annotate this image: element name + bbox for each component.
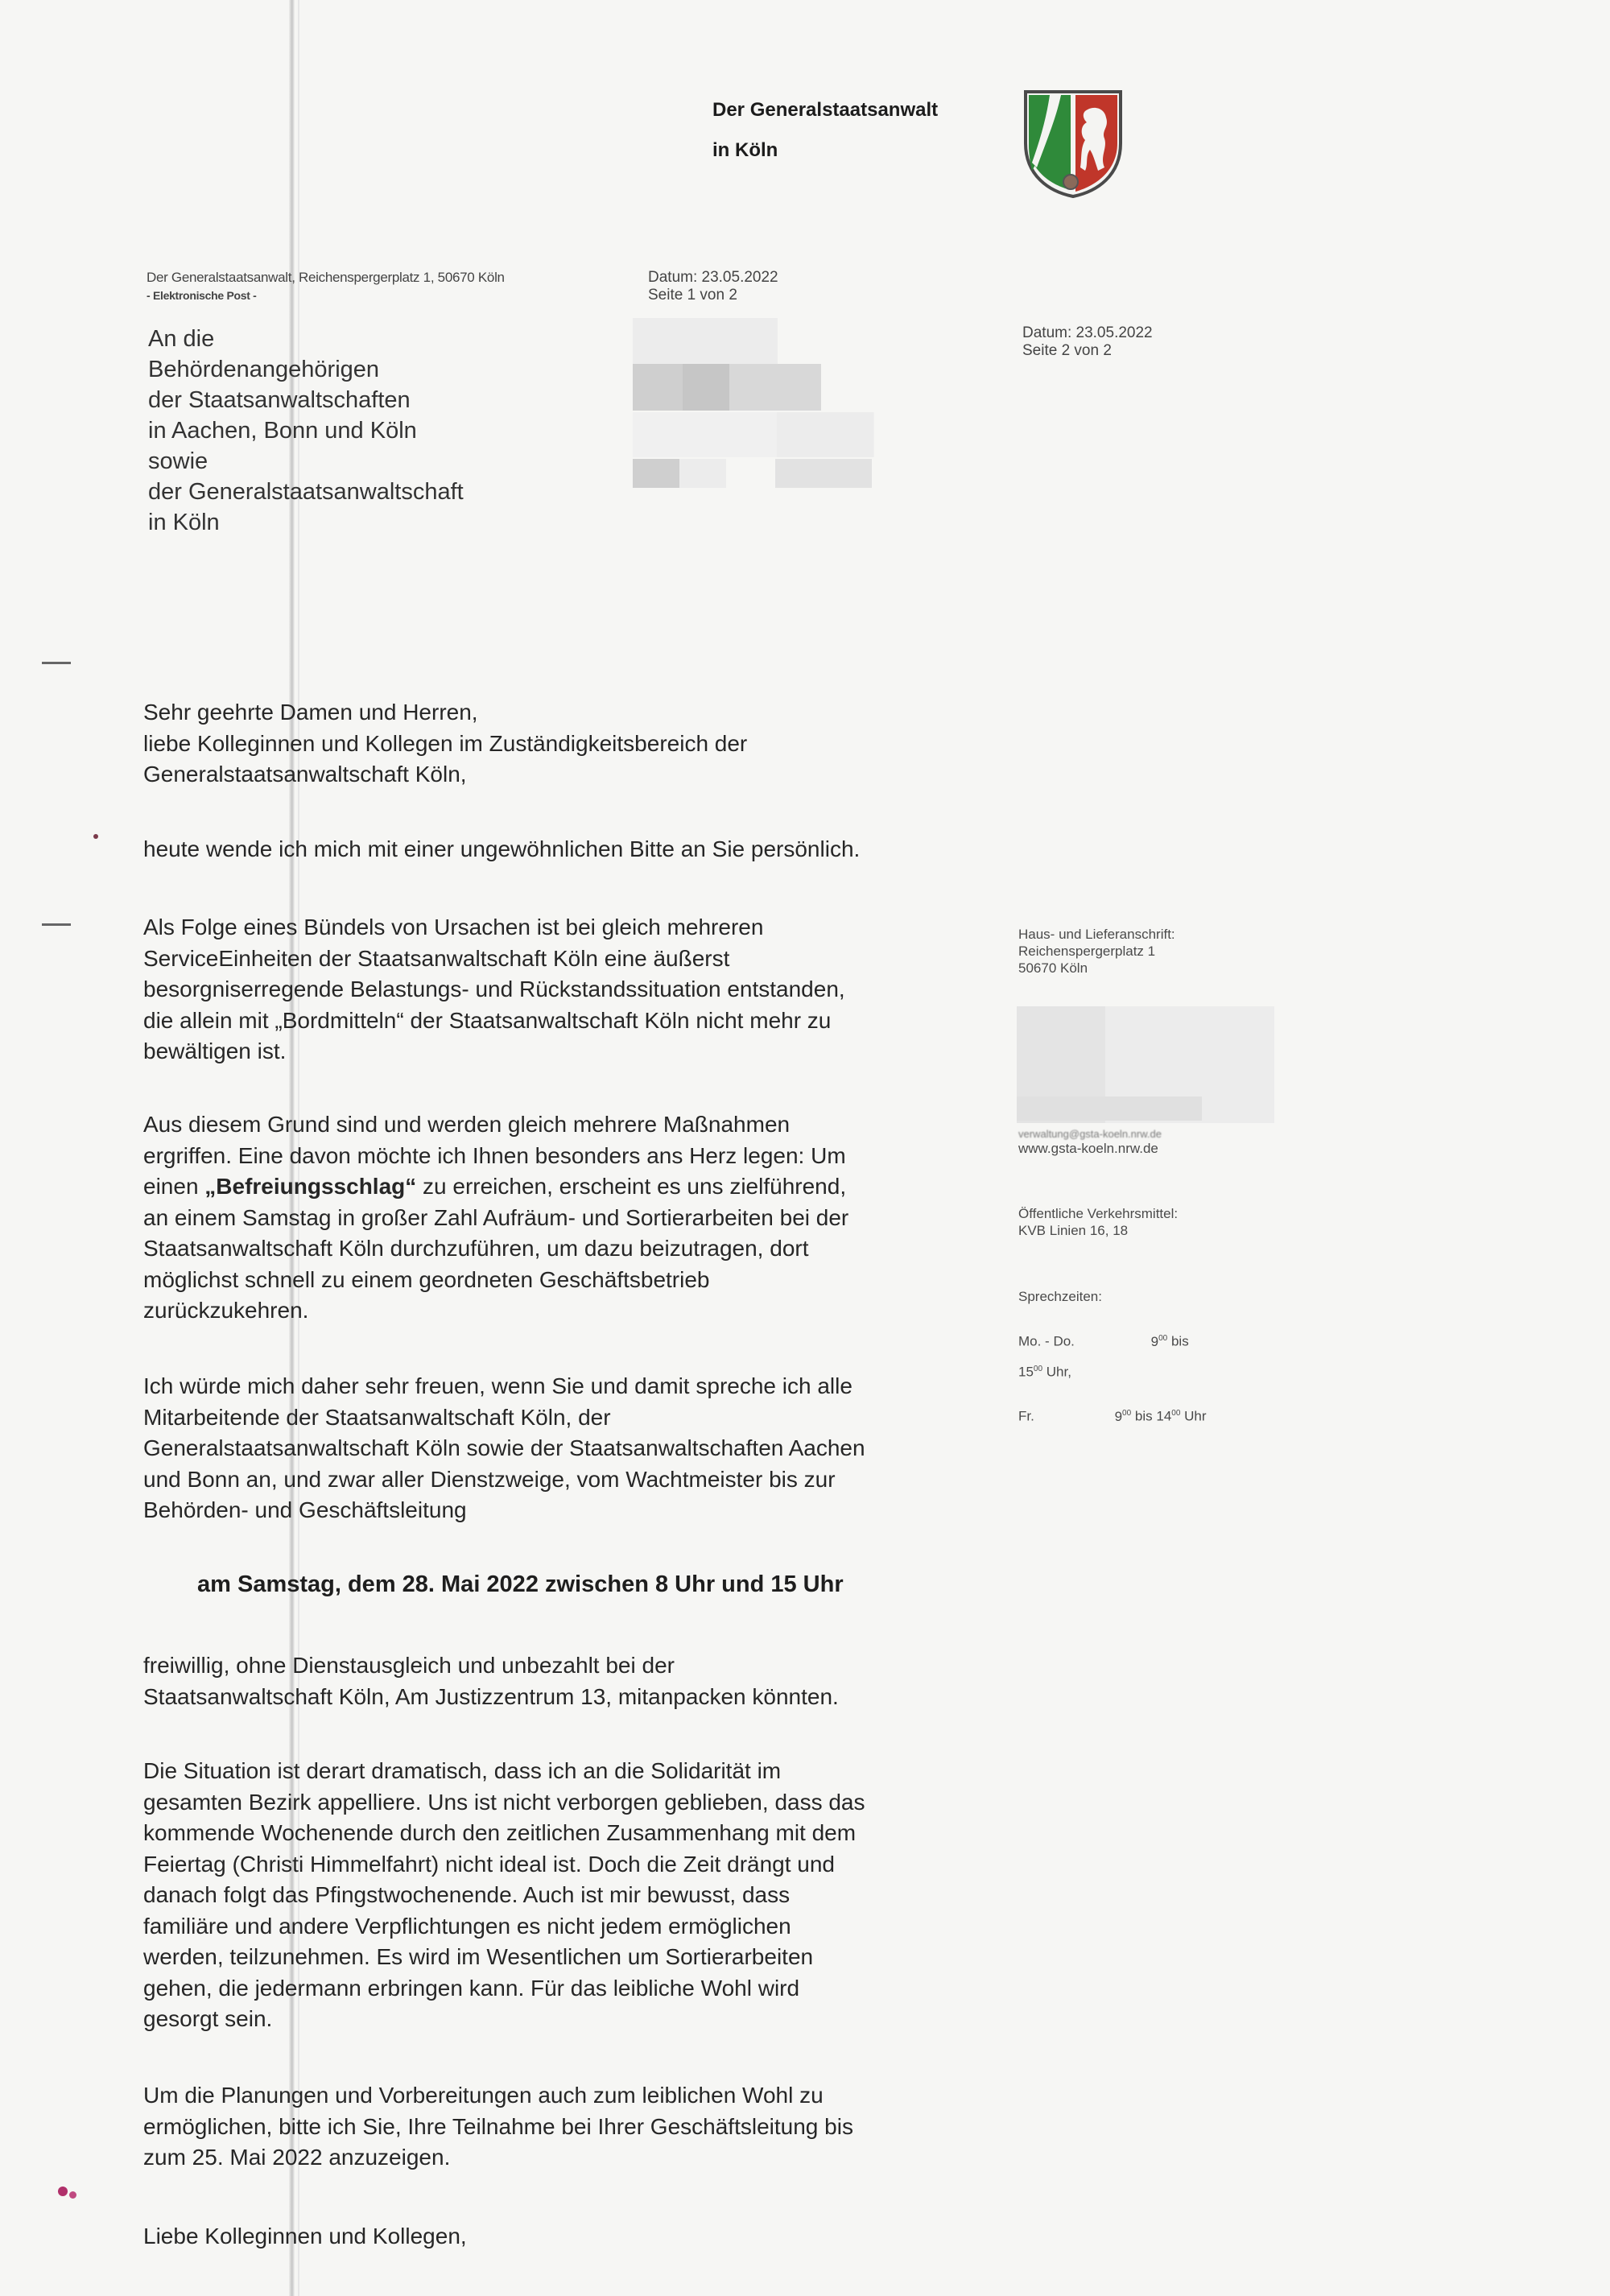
text-span: einen	[143, 1174, 204, 1199]
paragraph-line: gesamten Bezirk appelliere. Uns ist nich…	[143, 1787, 1013, 1819]
hours-to-minutes: 00	[1034, 1365, 1042, 1373]
redaction-tile	[683, 364, 729, 411]
punch-mark	[42, 923, 71, 926]
recipient-line: sowie	[148, 446, 464, 477]
redaction-tile	[633, 364, 683, 411]
paragraph-1: Als Folge eines Bündels von Ursachen ist…	[143, 912, 1013, 1067]
paragraph-3: Ich würde mich daher sehr freuen, wenn S…	[143, 1371, 1013, 1526]
page1-date: Datum: 23.05.2022	[648, 269, 778, 287]
ink-stain	[58, 2187, 68, 2196]
hours-to: 15	[1018, 1365, 1034, 1380]
address-city: 50670 Köln	[1018, 960, 1175, 977]
hours-fr: Fr. 900 bis 1400 Uhr	[1018, 1405, 1207, 1425]
hours-day: Mo. - Do.	[1018, 1334, 1075, 1349]
paragraph-line: besorgniserregende Belastungs- und Rücks…	[143, 974, 1013, 1006]
intro-line: heute wende ich mich mit einer ungewöhnl…	[143, 834, 1013, 865]
paragraph-6: Um die Planungen und Vorbereitungen auch…	[143, 2080, 1013, 2174]
recipient-line: in Köln	[148, 507, 464, 538]
paragraph-line: möglichst schnell zu einem geordneten Ge…	[143, 1265, 1013, 1296]
paragraph-line: freiwillig, ohne Dienstausgleich und unb…	[143, 1650, 1013, 1682]
redacted-phone-block	[1017, 1096, 1202, 1121]
paragraph-line: Die Situation ist derart dramatisch, das…	[143, 1756, 1013, 1787]
hours-bis: bis	[1171, 1334, 1189, 1349]
return-address: Der Generalstaatsanwalt, Reichenspergerp…	[147, 269, 505, 304]
paragraph-line: ergriffen. Eine davon möchte ich Ihnen b…	[143, 1141, 1013, 1172]
salutation-line: Sehr geehrte Damen und Herren,	[143, 697, 1013, 729]
page1-page-number: Seite 1 von 2	[648, 287, 778, 304]
fold-mark	[42, 662, 71, 664]
page2-page-number: Seite 2 von 2	[1022, 342, 1153, 360]
paragraph-5: Die Situation ist derart dramatisch, das…	[143, 1756, 1013, 2035]
recipient-line: der Generalstaatsanwaltschaft	[148, 477, 464, 507]
emphasis-befreiungsschlag: „Befreiungsschlag“	[204, 1174, 416, 1199]
nrw-coat-of-arms-icon	[1021, 87, 1125, 200]
hours-suffix: Uhr,	[1046, 1365, 1071, 1380]
paragraph-2: Aus diesem Grund sind und werden gleich …	[143, 1109, 1013, 1327]
return-address-line: Der Generalstaatsanwalt, Reichenspergerp…	[147, 269, 505, 287]
paragraph-line: werden, teilzunehmen. Es wird im Wesentl…	[143, 1942, 1013, 1973]
paragraph-line: Staatsanwaltschaft Köln durchzuführen, u…	[143, 1233, 1013, 1265]
hours-from: 9	[1151, 1334, 1158, 1349]
paragraph-line: die allein mit „Bordmitteln“ der Staatsa…	[143, 1006, 1013, 1037]
page1-meta: Datum: 23.05.2022 Seite 1 von 2	[648, 269, 778, 304]
page2-date: Datum: 23.05.2022	[1022, 324, 1153, 342]
hours-from-minutes: 00	[1122, 1409, 1131, 1418]
paragraph-line: zum 25. Mai 2022 anzuzeigen.	[143, 2142, 1013, 2174]
paragraph-line: bewältigen ist.	[143, 1036, 1013, 1067]
hours-bis: bis 14	[1135, 1409, 1171, 1424]
text-span: zu erreichen, erscheint es uns zielführe…	[416, 1174, 846, 1199]
closing-line: Liebe Kolleginnen und Kollegen,	[143, 2221, 1013, 2253]
paragraph-line: Um die Planungen und Vorbereitungen auch…	[143, 2080, 1013, 2112]
paragraph-line: und Bonn an, und zwar aller Dienstzweige…	[143, 1464, 1013, 1496]
sidebar-address: Haus- und Lieferanschrift: Reichensperge…	[1018, 926, 1175, 977]
hours-to-minutes: 00	[1171, 1409, 1180, 1418]
hours-mo-do-end: 1500 Uhr,	[1018, 1361, 1071, 1381]
letterhead-title-line2: in Köln	[712, 130, 938, 171]
paragraph-line: Feiertag (Christi Himmelfahrt) nicht ide…	[143, 1849, 1013, 1881]
hours-from: 9	[1115, 1409, 1122, 1424]
transit-label: Öffentliche Verkehrsmittel:	[1018, 1205, 1178, 1222]
paragraph-line: ermöglichen, bitte ich Sie, Ihre Teilnah…	[143, 2112, 1013, 2143]
paragraph-line: Generalstaatsanwaltschaft Köln sowie der…	[143, 1433, 1013, 1464]
paragraph-line: ServiceEinheiten der Staatsanwaltschaft …	[143, 944, 1013, 975]
event-date-highlight: am Samstag, dem 28. Mai 2022 zwischen 8 …	[197, 1571, 844, 1598]
intro-paragraph: heute wende ich mich mit einer ungewöhnl…	[143, 834, 1013, 865]
paragraph-line: Aus diesem Grund sind und werden gleich …	[143, 1109, 1013, 1141]
closing: Liebe Kolleginnen und Kollegen,	[143, 2221, 1013, 2253]
recipient-line: Behördenangehörigen	[148, 354, 464, 385]
delivery-method: - Elektronische Post -	[147, 287, 505, 304]
paragraph-line: Als Folge eines Bündels von Ursachen ist…	[143, 912, 1013, 944]
ink-stain	[69, 2191, 76, 2199]
paragraph-line: zurückzukehren.	[143, 1295, 1013, 1327]
hours-day: Fr.	[1018, 1409, 1034, 1424]
sidebar-transit: Öffentliche Verkehrsmittel: KVB Linien 1…	[1018, 1205, 1178, 1239]
redaction-tile	[679, 459, 726, 488]
recipient-line: An die	[148, 324, 464, 354]
salutation: Sehr geehrte Damen und Herren, liebe Kol…	[143, 697, 1013, 791]
redaction-tile	[633, 459, 679, 488]
address-label: Haus- und Lieferanschrift:	[1018, 926, 1175, 943]
paragraph-line: Mitarbeitende der Staatsanwaltschaft Köl…	[143, 1402, 1013, 1434]
paragraph-line: kommende Wochenende durch den zeitlichen…	[143, 1818, 1013, 1849]
ink-speck	[93, 834, 98, 839]
recipient-line: der Staatsanwaltschaften	[148, 385, 464, 415]
paragraph-line: einen „Befreiungsschlag“ zu erreichen, e…	[143, 1171, 1013, 1203]
hours-from-minutes: 00	[1158, 1334, 1167, 1343]
redaction-tile	[729, 364, 821, 411]
paragraph-line: gehen, die jedermann erbringen kann. Für…	[143, 1973, 1013, 2005]
hours-mo-do: Mo. - Do. 900 bis	[1018, 1330, 1189, 1350]
paragraph-4: freiwillig, ohne Dienstausgleich und unb…	[143, 1650, 1013, 1712]
salutation-line: Generalstaatsanwaltschaft Köln,	[143, 759, 1013, 791]
sidebar-website[interactable]: www.gsta-koeln.nrw.de	[1018, 1140, 1158, 1157]
page2-meta: Datum: 23.05.2022 Seite 2 von 2	[1022, 324, 1153, 360]
paragraph-line: Staatsanwaltschaft Köln, Am Justizzentru…	[143, 1682, 1013, 1713]
paragraph-line: danach folgt das Pfingstwochenende. Auch…	[143, 1880, 1013, 1911]
hours-label: Sprechzeiten:	[1018, 1288, 1102, 1305]
paragraph-line: gesorgt sein.	[143, 2004, 1013, 2035]
redaction-tile	[684, 318, 773, 366]
redaction-tile	[777, 412, 873, 457]
salutation-line: liebe Kolleginnen und Kollegen im Zustän…	[143, 729, 1013, 760]
paragraph-line: familiäre und andere Verpflichtungen es …	[143, 1911, 1013, 1943]
letterhead-title: Der Generalstaatsanwalt in Köln	[712, 90, 938, 171]
recipient-address: An die Behördenangehörigen der Staatsanw…	[148, 324, 464, 538]
transit-value: KVB Linien 16, 18	[1018, 1222, 1178, 1239]
address-street: Reichenspergerplatz 1	[1018, 943, 1175, 960]
paragraph-line: an einem Samstag in großer Zahl Aufräum-…	[143, 1203, 1013, 1234]
redaction-tile	[775, 459, 872, 488]
paragraph-line: Behörden- und Geschäftsleitung	[143, 1495, 1013, 1526]
hours-suffix: Uhr	[1184, 1409, 1206, 1424]
letterhead-title-line1: Der Generalstaatsanwalt	[712, 90, 938, 130]
paragraph-line: Ich würde mich daher sehr freuen, wenn S…	[143, 1371, 1013, 1402]
recipient-line: in Aachen, Bonn und Köln	[148, 415, 464, 446]
